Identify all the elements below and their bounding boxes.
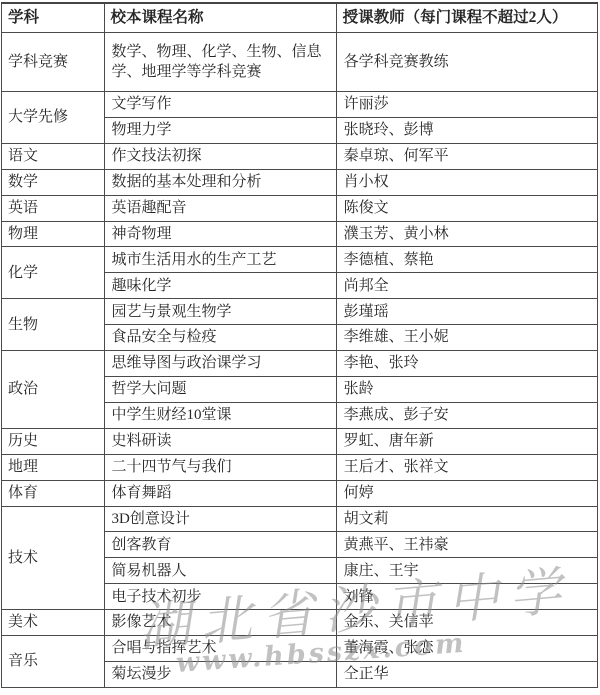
table-row: 数学数据的基本处理和分析肖小权	[2, 169, 598, 195]
subject-cell: 语文	[2, 143, 105, 169]
table-row: 地理二十四节气与我们王后才、张祥文	[2, 454, 598, 480]
course-name-cell: 3D创意设计	[104, 506, 336, 532]
subject-cell: 政治	[2, 351, 105, 429]
course-name-cell: 文学写作	[104, 92, 336, 118]
teacher-cell: 尚邦全	[336, 273, 597, 299]
header-course-name: 校本课程名称	[104, 3, 336, 33]
course-name-cell: 二十四节气与我们	[104, 454, 336, 480]
table-row: 物理神奇物理濮玉芳、黄小林	[2, 221, 598, 247]
teacher-cell: 张龄	[336, 376, 597, 402]
teacher-cell: 罗虹、唐年新	[336, 428, 597, 454]
course-name-cell: 食品安全与检疫	[104, 325, 336, 351]
subject-cell: 大学先修	[2, 92, 105, 144]
course-name-cell: 英语趣配音	[104, 195, 336, 221]
table-row: 英语英语趣配音陈俊文	[2, 195, 598, 221]
teacher-cell: 黄燕平、王祎豪	[336, 532, 597, 558]
table-row: 政治思维导图与政治课学习李艳、张玲	[2, 351, 598, 377]
course-name-cell: 数据的基本处理和分析	[104, 169, 336, 195]
table-row: 体育体育舞蹈何婷	[2, 480, 598, 506]
course-name-cell: 物理力学	[104, 117, 336, 143]
teacher-cell: 何婷	[336, 480, 597, 506]
subject-cell: 美术	[2, 610, 105, 636]
teacher-cell: 李艳、张玲	[336, 351, 597, 377]
course-table: 学科 校本课程名称 授课教师（每门课程不超过2人） 学科竞赛数学、物理、化学、生…	[1, 2, 598, 688]
subject-cell: 技术	[2, 506, 105, 610]
course-name-cell: 简易机器人	[104, 558, 336, 584]
course-name-cell: 影像艺术	[104, 610, 336, 636]
course-name-cell: 作文技法初探	[104, 143, 336, 169]
teacher-cell: 李维雄、王小妮	[336, 325, 597, 351]
teacher-cell: 彭瑾瑶	[336, 299, 597, 325]
subject-cell: 学科竞赛	[2, 33, 105, 92]
teacher-cell: 康庄、王宇	[336, 558, 597, 584]
course-name-cell: 趣味化学	[104, 273, 336, 299]
teacher-cell: 刘锋	[336, 584, 597, 610]
table-row: 大学先修文学写作许丽莎	[2, 92, 598, 118]
teacher-cell: 胡文莉	[336, 506, 597, 532]
table-row: 历史史料研读罗虹、唐年新	[2, 428, 598, 454]
course-name-cell: 创客教育	[104, 532, 336, 558]
table-row: 美术影像艺术金东、关信苹	[2, 610, 598, 636]
teacher-cell: 肖小权	[336, 169, 597, 195]
table-row: 语文作文技法初探秦卓琼、何军平	[2, 143, 598, 169]
course-table-body: 学科竞赛数学、物理、化学、生物、信息学、地理学等学科竞赛各学科竞赛教练大学先修文…	[2, 33, 598, 688]
course-name-cell: 神奇物理	[104, 221, 336, 247]
course-name-cell: 数学、物理、化学、生物、信息学、地理学等学科竞赛	[104, 33, 336, 92]
teacher-cell: 许丽莎	[336, 92, 597, 118]
subject-cell: 历史	[2, 428, 105, 454]
subject-cell: 英语	[2, 195, 105, 221]
course-name-cell: 思维导图与政治课学习	[104, 351, 336, 377]
subject-cell: 音乐	[2, 636, 105, 688]
subject-cell: 生物	[2, 299, 105, 351]
course-name-cell: 园艺与景观生物学	[104, 299, 336, 325]
course-name-cell: 合唱与指挥艺术	[104, 636, 336, 662]
course-table-page: 学科 校本课程名称 授课教师（每门课程不超过2人） 学科竞赛数学、物理、化学、生…	[0, 0, 600, 695]
table-row: 生物园艺与景观生物学彭瑾瑶	[2, 299, 598, 325]
teacher-cell: 仝正华	[336, 661, 597, 687]
course-name-cell: 电子技术初步	[104, 584, 336, 610]
teacher-cell: 金东、关信苹	[336, 610, 597, 636]
header-subject: 学科	[2, 3, 105, 33]
teacher-cell: 董海霞、张恋	[336, 636, 597, 662]
header-row: 学科 校本课程名称 授课教师（每门课程不超过2人）	[2, 3, 598, 33]
subject-cell: 体育	[2, 480, 105, 506]
table-row: 技术3D创意设计胡文莉	[2, 506, 598, 532]
teacher-cell: 李燕成、彭子安	[336, 402, 597, 428]
teacher-cell: 李德植、蔡艳	[336, 247, 597, 273]
subject-cell: 地理	[2, 454, 105, 480]
table-row: 学科竞赛数学、物理、化学、生物、信息学、地理学等学科竞赛各学科竞赛教练	[2, 33, 598, 92]
header-teachers: 授课教师（每门课程不超过2人）	[336, 3, 597, 33]
course-name-cell: 菊坛漫步	[104, 661, 336, 687]
subject-cell: 物理	[2, 221, 105, 247]
subject-cell: 化学	[2, 247, 105, 299]
subject-cell: 数学	[2, 169, 105, 195]
teacher-cell: 陈俊文	[336, 195, 597, 221]
course-name-cell: 城市生活用水的生产工艺	[104, 247, 336, 273]
table-row: 音乐合唱与指挥艺术董海霞、张恋	[2, 636, 598, 662]
table-row: 化学城市生活用水的生产工艺李德植、蔡艳	[2, 247, 598, 273]
course-name-cell: 中学生财经10堂课	[104, 402, 336, 428]
teacher-cell: 张晓玲、彭博	[336, 117, 597, 143]
teacher-cell: 各学科竞赛教练	[336, 33, 597, 92]
course-name-cell: 史料研读	[104, 428, 336, 454]
teacher-cell: 秦卓琼、何军平	[336, 143, 597, 169]
course-name-cell: 哲学大问题	[104, 376, 336, 402]
teacher-cell: 王后才、张祥文	[336, 454, 597, 480]
teacher-cell: 濮玉芳、黄小林	[336, 221, 597, 247]
course-name-cell: 体育舞蹈	[104, 480, 336, 506]
